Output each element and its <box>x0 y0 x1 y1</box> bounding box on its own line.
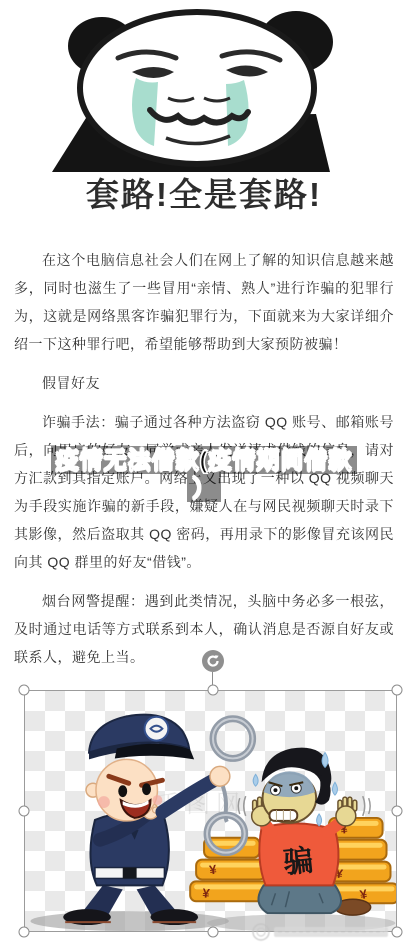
selection-handle-top-middle[interactable] <box>208 685 219 696</box>
rotate-icon <box>206 654 220 668</box>
selection-handle-bottom-left[interactable] <box>19 927 30 938</box>
selection-handle-middle-left[interactable] <box>19 806 30 817</box>
panda-meme-image: 套路!全是套路! <box>0 0 408 222</box>
selected-illustration[interactable]: 千图网 ¥ ¥ <box>24 690 397 932</box>
police-badge-icon <box>145 717 169 741</box>
selection-handle-middle-right[interactable] <box>392 806 403 817</box>
panda-face <box>80 12 314 164</box>
meme-caption: 套路!全是套路! <box>0 172 408 222</box>
selection-handle-top-left[interactable] <box>19 685 30 696</box>
document-page: 套路!全是套路! 在这个电脑信息社会人们在网上了解的知识信息越来越多，同时也滋生… <box>0 0 408 951</box>
article-body: 在这个电脑信息社会人们在网上了解的知识信息越来越多，同时也滋生了一些冒用“亲情、… <box>0 222 408 672</box>
shirt-label: 骗 <box>282 843 315 880</box>
selection-handle-top-right[interactable] <box>392 685 403 696</box>
crying-panda-icon <box>0 6 408 172</box>
selection-handle-bottom-middle[interactable] <box>208 927 219 938</box>
police-arrest-cartoon: 千图网 ¥ ¥ <box>25 691 396 931</box>
watermark-logo <box>250 920 395 944</box>
rotate-handle[interactable] <box>202 650 224 672</box>
article-subheading: 假冒好友 <box>14 369 394 397</box>
article-paragraph-intro: 在这个电脑信息社会人们在网上了解的知识信息越来越多，同时也滋生了一些冒用“亲情、… <box>14 246 394 358</box>
article-paragraph-method: 诈骗手法：骗子通过各种方法盗窃 QQ 账号、邮箱账号后，向用户的好友、同学或亲人… <box>14 408 394 576</box>
